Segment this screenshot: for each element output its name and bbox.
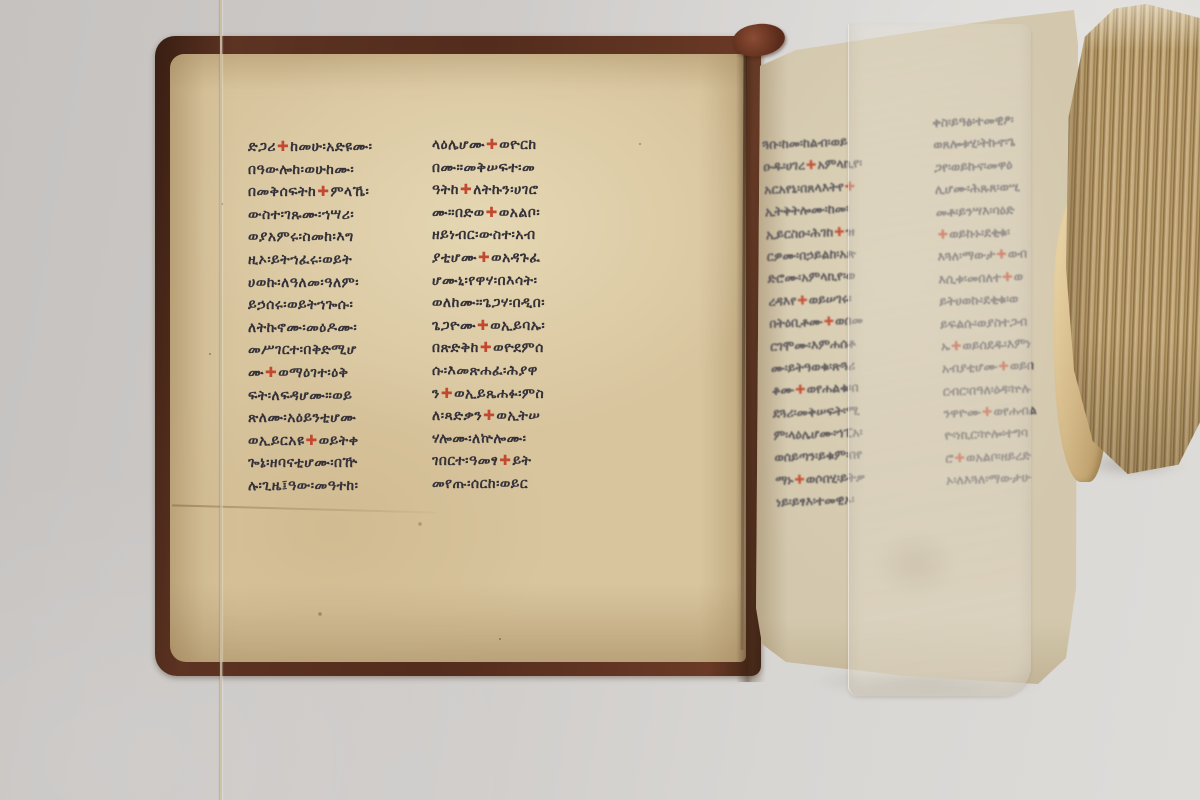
text-line: ሙ።በድወ✚ወአልቦ፡: [432, 202, 622, 225]
text-line: ወያአምሩ፡ስመከ፡እግ: [248, 226, 424, 249]
text-line: መሥገርተ፡በቅድሚሆ: [248, 339, 424, 362]
text-line: ጌጋዮሙ✚ወኢይባኡ፡: [432, 315, 622, 338]
red-cross-mark: ✚: [793, 471, 806, 486]
text-line: ሱ፡እመጽሐፈ፡ሕያዋ: [432, 360, 622, 383]
red-cross-mark: ✚: [305, 433, 319, 449]
text-line: ለ፡ጻድቃን✚ወኢትሠ: [432, 405, 622, 428]
red-cross-mark: ✚: [316, 184, 330, 200]
red-cross-mark: ✚: [477, 250, 491, 266]
text-column-left-1: ድጋሪ✚ከመሁ፡አድዩሙ፡በዓውሎከ፡ወሁከሙ፡በመቅሰፍትከ✚ምላኼ፡ውስተ፡…: [248, 136, 424, 498]
text-line: ለትኩኖሙ፡መዕዶሙ፡: [248, 317, 424, 340]
text-line: ዚኦ፡ይትኀፈሩ፡ወይት: [248, 249, 424, 272]
text-line: ፍት፡ለፍዳሆሙ።ወይ: [248, 385, 424, 408]
fore-edge-page-block: [1066, 4, 1200, 474]
manuscript-photo: ድጋሪ✚ከመሁ፡አድዩሙ፡በዓውሎከ፡ወሁከሙ፡በመቅሰፍትከ✚ምላኼ፡ውስተ፡…: [0, 0, 1200, 800]
text-line: ገበርተ፡ዓመፃ✚ይት: [432, 450, 622, 473]
red-cross-mark: ✚: [264, 365, 278, 381]
text-line: ወኢይርአዩ✚ወይትቀ: [248, 430, 424, 453]
red-cross-mark: ✚: [276, 139, 290, 155]
text-line: ጽለሙ፡አዕይንቲሆሙ: [248, 407, 424, 430]
red-cross-mark: ✚: [440, 386, 454, 402]
text-line: ሉ፡ጊዜ፤ዓው፡መዓተከ፡: [248, 475, 424, 498]
red-cross-mark: ✚: [476, 318, 490, 334]
red-cross-mark: ✚: [833, 223, 846, 238]
text-line: ላዕሌሆሙ✚ወዮርከ: [432, 134, 622, 157]
red-cross-mark: ✚: [485, 137, 499, 153]
red-cross-mark: ✚: [498, 453, 512, 469]
text-line: በጽድቅከ✚ወዮደምሰ: [432, 337, 622, 360]
text-line: ሃሎሙ፡ለኵሎሙ፡: [432, 428, 622, 451]
text-line: ዓትከ✚ለትኩን፡ሀገሮ: [432, 179, 622, 202]
red-cross-mark: ✚: [482, 408, 496, 424]
text-line: በዓውሎከ፡ወሁከሙ፡: [248, 159, 424, 182]
text-column-left-2: ላዕሌሆሙ✚ወዮርከበሙ።መቅሠፍተ፡መዓትከ✚ለትኩን፡ሀገሮሙ።በድወ✚ወአ…: [432, 134, 622, 496]
text-line: ያቲሆሙ✚ወአዳጉፈ: [432, 247, 622, 270]
text-line: ሙ✚ወማዕገተ፡ዕቅ: [248, 362, 424, 385]
text-line: ሀወኩ፡ለዓለመ፡ዓለም፡: [248, 272, 424, 295]
text-line: ይኃሰሩ፡ወይትኀጐሱ፡: [248, 294, 424, 317]
text-line: ውስተ፡ገጹሙ፡ኀሣሪ፡: [248, 204, 424, 227]
red-cross-mark: ✚: [822, 313, 835, 328]
text-line: ጐኔ፡ዘባናቲሆሙ፡በዅ: [248, 452, 424, 475]
tissue-guard-overlay: [848, 24, 1031, 696]
text-line: ወለከሙ።ጌጋሃ፡በዲበ፡: [432, 292, 622, 315]
red-cross-mark: ✚: [805, 157, 818, 172]
red-cross-mark: ✚: [796, 292, 809, 307]
red-cross-mark: ✚: [485, 205, 499, 221]
text-line: ዘይነብር፡ውስተ፡አብ: [432, 224, 622, 247]
bookmark-thread: [220, 0, 222, 800]
red-cross-mark: ✚: [794, 382, 807, 397]
text-line: ድጋሪ✚ከመሁ፡አድዩሙ፡: [248, 136, 424, 159]
text-line: በመቅሰፍትከ✚ምላኼ፡: [248, 181, 424, 204]
red-cross-mark: ✚: [479, 340, 493, 356]
text-line: ሆሙኒ፡የዋሃ፡በእሳት፡: [432, 270, 622, 293]
text-line: ን✚ወኢይጼሐፉ፡ምስ: [432, 383, 622, 406]
text-line: በሙ።መቅሠፍተ፡መ: [432, 157, 622, 180]
text-line: መየጡ፡ሰርከ፡ወይር: [432, 473, 622, 496]
red-cross-mark: ✚: [459, 182, 473, 198]
